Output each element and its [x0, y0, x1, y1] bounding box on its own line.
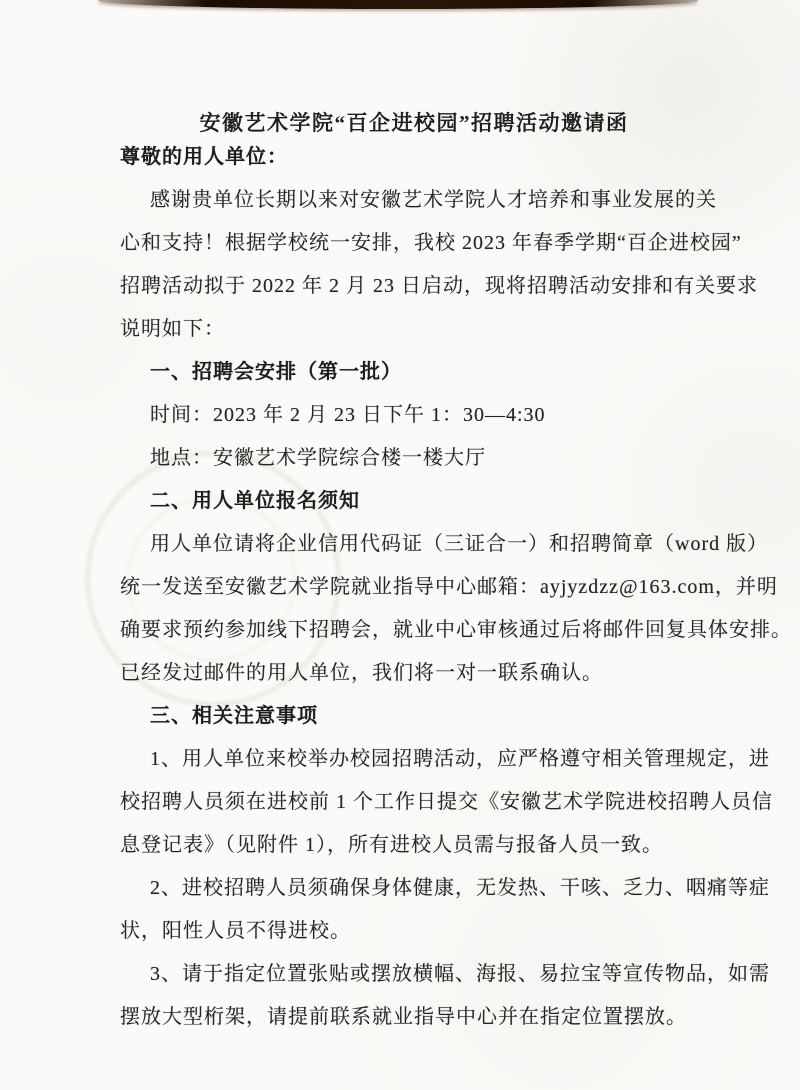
intro-paragraph-line: 心和支持！根据学校统一安排，我校 2023 年春季学期“百企进校园” — [120, 222, 760, 265]
letter-body: 尊敬的用人单位： 感谢贵单位长期以来对安徽艺术学院人才培养和事业发展的关 心和支… — [120, 136, 760, 1039]
event-location-line: 地点：安徽艺术学院综合楼一楼大厅 — [120, 437, 760, 480]
section-3-heading: 三、相关注意事项 — [120, 695, 760, 738]
scan-edge-artifact — [98, 0, 698, 9]
note-1-line: 息登记表》（见附件 1），所有进校人员需与报备人员一致。 — [120, 824, 760, 867]
salutation-line: 尊敬的用人单位： — [120, 136, 760, 179]
note-3-line: 3、请于指定位置张贴或摆放横幅、海报、易拉宝等宣传物品，如需 — [120, 953, 760, 996]
note-1-line: 1、用人单位来校举办校园招聘活动，应严格遵守相关管理规定，进 — [120, 738, 760, 781]
note-3-line: 摆放大型桁架，请提前联系就业指导中心并在指定位置摆放。 — [120, 996, 760, 1039]
intro-paragraph-line: 感谢贵单位长期以来对安徽艺术学院人才培养和事业发展的关 — [120, 179, 760, 222]
section-2-heading: 二、用人单位报名须知 — [120, 480, 760, 523]
registration-paragraph-line: 统一发送至安徽艺术学院就业指导中心邮箱：ayjyzdzz@163.com，并明 — [120, 566, 760, 609]
note-1-line: 校招聘人员须在进校前 1 个工作日提交《安徽艺术学院进校招聘人员信 — [120, 781, 760, 824]
section-1-heading: 一、招聘会安排（第一批） — [120, 351, 760, 394]
registration-paragraph-line: 用人单位请将企业信用代码证（三证合一）和招聘简章（word 版） — [120, 523, 760, 566]
note-2-line: 状，阳性人员不得进校。 — [120, 910, 760, 953]
event-time-line: 时间：2023 年 2 月 23 日下午 1：30—4:30 — [120, 394, 760, 437]
intro-paragraph-line: 招聘活动拟于 2022 年 2 月 23 日启动，现将招聘活动安排和有关要求 — [120, 265, 760, 308]
registration-paragraph-line: 已经发过邮件的用人单位，我们将一对一联系确认。 — [120, 652, 760, 695]
note-2-line: 2、进校招聘人员须确保身体健康，无发热、干咳、乏力、咽痛等症 — [120, 867, 760, 910]
scanned-letter-page: 安徽艺术学院“百企进校园”招聘活动邀请函 尊敬的用人单位： 感谢贵单位长期以来对… — [0, 0, 800, 1090]
intro-paragraph-line: 说明如下： — [120, 308, 760, 351]
registration-paragraph-line: 确要求预约参加线下招聘会，就业中心审核通过后将邮件回复具体安排。 — [120, 609, 760, 652]
